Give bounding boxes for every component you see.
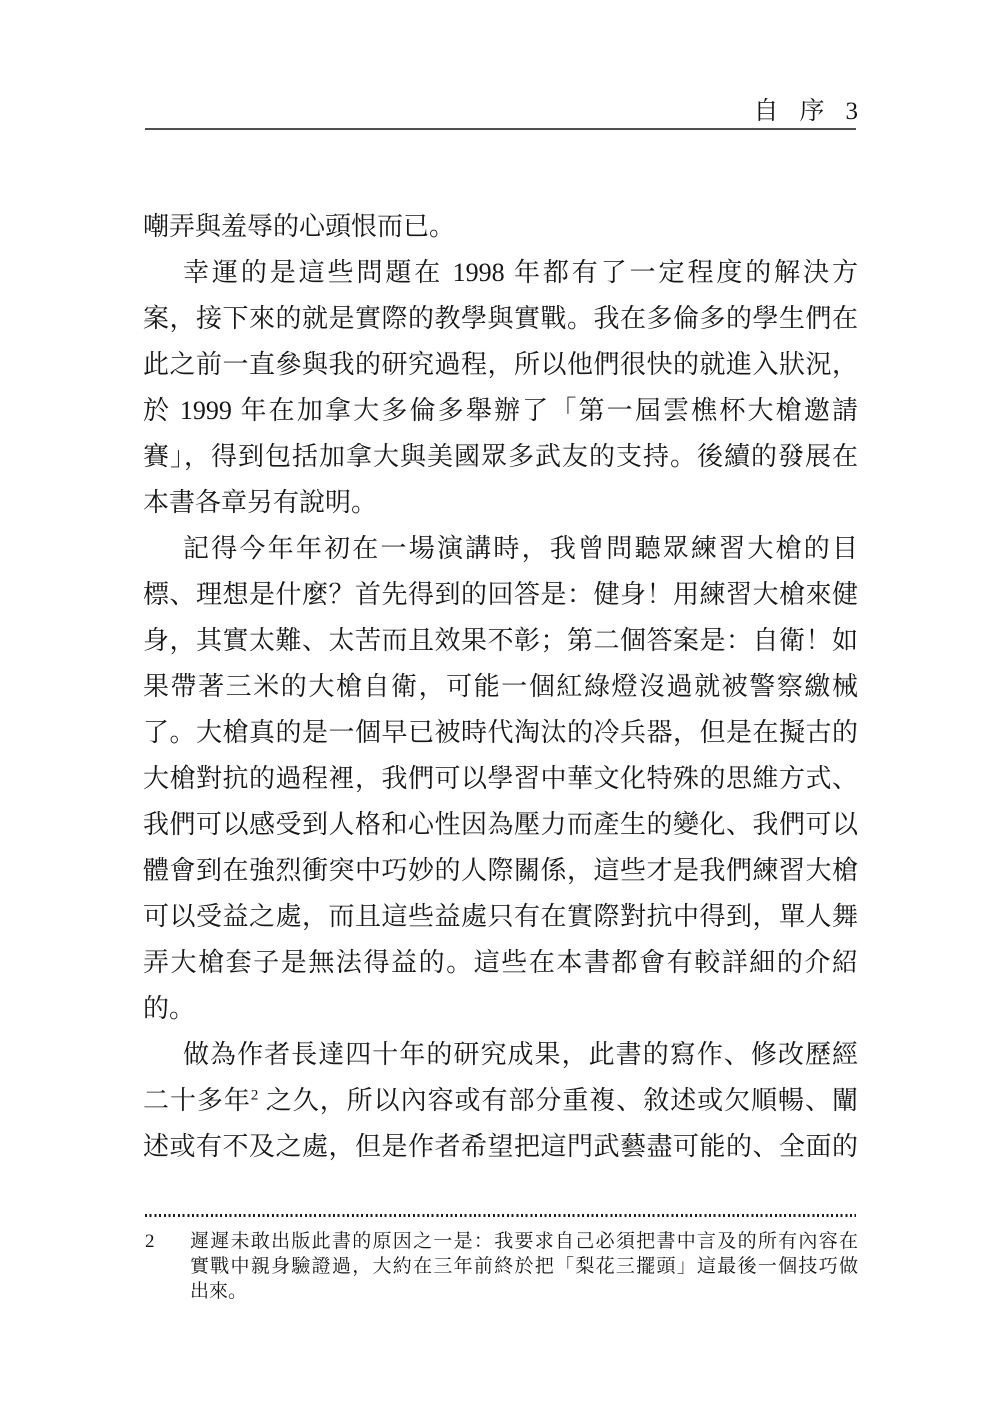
running-head: 自序3: [143, 97, 879, 127]
body-line: 案，接下來的就是實際的教學與實戰。我在多倫多的學生們在: [143, 296, 858, 342]
section-title: 自序: [753, 98, 845, 125]
body-line: 於 1999 年在加拿大多倫多舉辦了「第一屆雲樵杯大槍邀請: [143, 388, 858, 434]
body-line: 體會到在強烈衝突中巧妙的人際關係，這些才是我們練習大槍: [143, 848, 858, 894]
body-line: 標、理想是什麼？首先得到的回答是：健身！用練習大槍來健: [143, 572, 858, 618]
body-line: 身，其實太難、太苦而且效果不彰；第二個答案是：自衛！如: [143, 618, 858, 664]
body-text: 之久，所以內容或有部分重複、敘述或欠順暢、闡: [258, 1086, 858, 1115]
footnote-line: 遲遲未敢出版此書的原因之一是：我要求自己必須把書中言及的所有內容在: [190, 1229, 858, 1254]
body-line: 二十多年2 之久，所以內容或有部分重複、敘述或欠順暢、闡: [143, 1078, 858, 1124]
body-line: 了。大槍真的是一個早已被時代淘汰的冷兵器，但是在擬古的: [143, 710, 858, 756]
body-line: 賽」，得到包括加拿大與美國眾多武友的支持。後續的發展在: [143, 434, 858, 480]
body-line: 的。: [143, 986, 858, 1032]
header-rule: [145, 128, 856, 130]
footnote: 2 遲遲未敢出版此書的原因之一是：我要求自己必須把書中言及的所有內容在 實戰中親…: [143, 1229, 858, 1304]
body-line: 果帶著三米的大槍自衛，可能一個紅綠燈沒過就被警察繳械: [143, 664, 858, 710]
body-line: 我們可以感受到人格和心性因為壓力而產生的變化、我們可以: [143, 802, 858, 848]
body-line: 弄大槍套子是無法得益的。這些在本書都會有較詳細的介紹: [143, 940, 858, 986]
book-page: 自序3 嘲弄與羞辱的心頭恨而已。 幸運的是這些問題在 1998 年都有了一定程度…: [0, 0, 1000, 1419]
body-line: 本書各章另有說明。: [143, 480, 858, 526]
body-line: 可以受益之處，而且這些益處只有在實際對抗中得到，單人舞: [143, 894, 858, 940]
body-line: 記得今年年初在一場演講時，我曾問聽眾練習大槍的目: [143, 526, 858, 572]
body-line: 做為作者長達四十年的研究成果，此書的寫作、修改歷經: [143, 1032, 858, 1078]
body-text: 二十多年: [143, 1086, 251, 1115]
footnote-line: 實戰中親身驗證過，大約在三年前終於把「梨花三擺頭」這最後一個技巧做: [190, 1254, 858, 1279]
footnote-text: 遲遲未敢出版此書的原因之一是：我要求自己必須把書中言及的所有內容在 實戰中親身驗…: [190, 1229, 858, 1304]
body-line: 幸運的是這些問題在 1998 年都有了一定程度的解決方: [143, 250, 858, 296]
footnote-marker: 2: [145, 1229, 155, 1254]
page-number: 3: [846, 98, 880, 125]
body-line: 述或有不及之處，但是作者希望把這門武藝盡可能的、全面的: [143, 1124, 858, 1170]
body-line: 此之前一直參與我的研究過程，所以他們很快的就進入狀況，: [143, 342, 858, 388]
body-line: 嘲弄與羞辱的心頭恨而已。: [143, 204, 858, 250]
body-line: 大槍對抗的過程裡，我們可以學習中華文化特殊的思維方式、: [143, 756, 858, 802]
footnote-separator: [145, 1214, 856, 1217]
footnote-line: 出來。: [190, 1279, 858, 1304]
body-text-block: 嘲弄與羞辱的心頭恨而已。 幸運的是這些問題在 1998 年都有了一定程度的解決方…: [143, 204, 858, 1170]
